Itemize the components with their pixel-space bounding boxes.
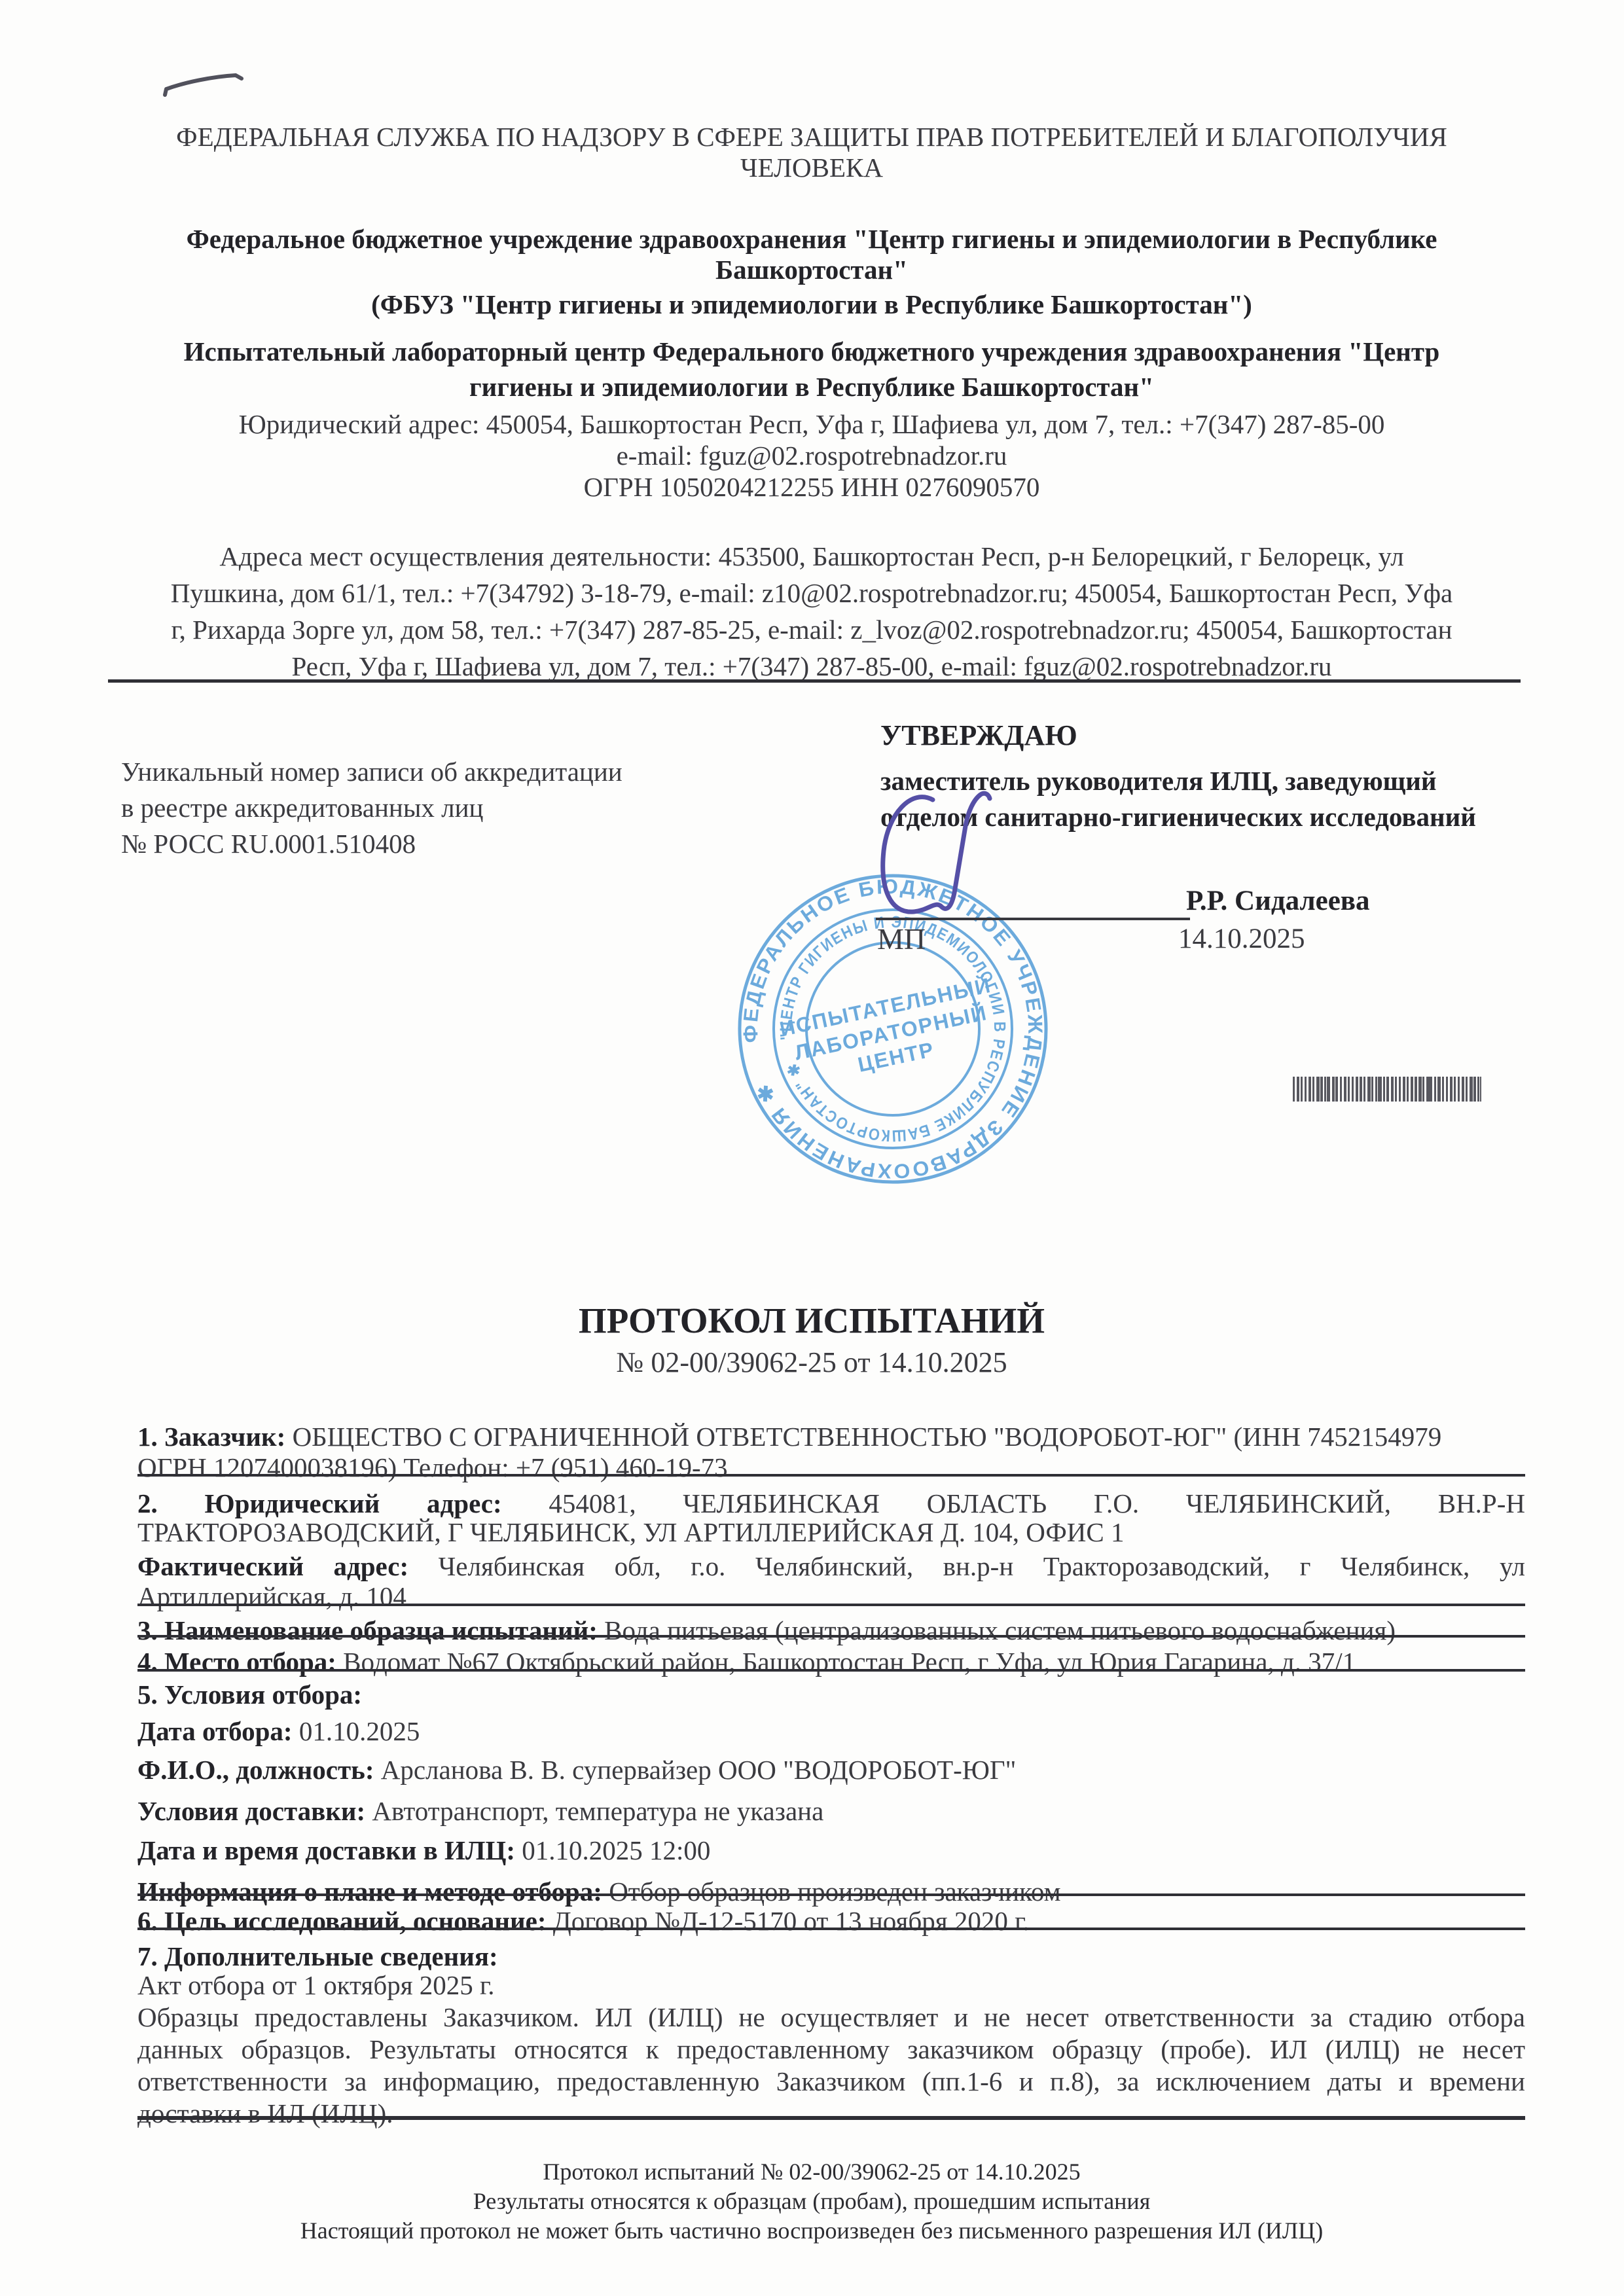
sampling-date-value: 01.10.2025 [293,1716,420,1746]
research-purpose-label: 6. Цель исследований, основание: [137,1906,546,1936]
footer-copyright-note: Настоящий протокол не может быть частичн… [111,2216,1512,2246]
contact-block: Юридический адрес: 450054, Башкортостан … [111,408,1512,503]
sampling-conditions-header: 5. Условия отбора: [137,1679,1525,1710]
actual-address-row: Фактический адрес: Челябинская обл, г.о.… [137,1551,1525,1582]
activity-addresses: Адреса мест осуществления деятельности: … [111,538,1512,685]
delivery-conditions-label: Условия доставки: [137,1796,365,1826]
sampling-date-row: Дата отбора: 01.10.2025 [137,1716,1525,1747]
protocol-number: № 02-00/39062-25 от 14.10.2025 [111,1346,1512,1379]
sampler-name-value: Арсланова В. В. супервайзер ООО "ВОДОРОБ… [374,1755,1016,1785]
customer-value: ОБЩЕСТВО С ОГРАНИЧЕННОЙ ОТВЕТСТВЕННОСТЬЮ… [285,1422,1441,1452]
legal-address-row: 2. Юридический адрес: 454081, ЧЕЛЯБИНСКА… [137,1488,1525,1519]
delivery-conditions-value: Автотранспорт, температура не указана [365,1796,823,1826]
section-divider [137,1893,1525,1896]
section-divider [137,1604,1525,1606]
bottom-divider [137,2116,1525,2120]
sampling-date-label: Дата отбора: [137,1716,293,1746]
actual-address-label: Фактический адрес: [137,1551,408,1581]
sampling-place-row: 4. Место отбора: Водомат №67 Октябрьский… [137,1647,1525,1677]
accreditation-number: № РОСС RU.0001.510408 [121,826,645,862]
email: e-mail: fguz@02.rospotrebnadzor.ru [111,440,1512,471]
legal-address-label: 2. Юридический адрес: [137,1488,502,1518]
disclaimer-line: Образцы предоставлены Заказчиком. ИЛ (ИЛ… [137,2001,1525,2034]
sampling-method-value: Отбор образцов произведен заказчиком [602,1876,1061,1907]
signature [871,785,1038,926]
sampler-name-label: Ф.И.О., должность: [137,1755,374,1785]
service-name-line: ЧЕЛОВЕКА [111,152,1512,183]
section-divider [137,1669,1525,1672]
signature-line [876,918,1190,920]
service-name-line: ФЕДЕРАЛЬНАЯ СЛУЖБА ПО НАДЗОРУ В СФЕРЕ ЗА… [111,122,1512,152]
disclaimer-line: доставки в ИЛ (ИЛЦ). [137,2098,1525,2130]
additional-info-header: 7. Дополнительные сведения: [137,1941,1525,1972]
customer-row: 1. Заказчик: ОБЩЕСТВО С ОГРАНИЧЕННОЙ ОТВ… [137,1422,1525,1452]
page-footer: Протокол испытаний № 02-00/39062-25 от 1… [111,2157,1512,2246]
scan-pen-mark [161,68,247,98]
lab-center-line: Испытательный лабораторный центр Федерал… [111,334,1512,369]
delivery-datetime-value: 01.10.2025 12:00 [515,1835,710,1865]
customer-row: ОГРН 1207400038196) Телефон: +7 (951) 46… [137,1452,1525,1483]
sample-name-value: Вода питьевая (централизованных систем п… [598,1615,1396,1645]
sampling-place-value: Водомат №67 Октябрьский район, Башкортос… [336,1647,1356,1677]
sampler-name-row: Ф.И.О., должность: Арсланова В. В. супер… [137,1755,1525,1785]
footer-note: Результаты относятся к образцам (пробам)… [111,2187,1512,2216]
lab-center-line: гигиены и эпидемиологии в Республике Баш… [111,369,1512,404]
delivery-conditions-row: Условия доставки: Автотранспорт, темпера… [137,1796,1525,1827]
organization-name: Федеральное бюджетное учреждение здравоо… [111,224,1512,320]
accreditation-block: Уникальный номер записи об аккредитации … [121,754,645,862]
research-purpose-row: 6. Цель исследований, основание: Договор… [137,1906,1525,1937]
customer-label: 1. Заказчик: [137,1422,285,1452]
section-divider [137,1635,1525,1638]
disclaimer-paragraph: Образцы предоставлены Заказчиком. ИЛ (ИЛ… [137,2001,1525,2130]
approver-name: Р.Р. Сидалеева [1186,885,1370,917]
delivery-datetime-label: Дата и время доставки в ИЛЦ: [137,1835,515,1865]
activity-address-line: Пушкина, дом 61/1, тел.: +7(34792) 3-18-… [111,575,1512,611]
delivery-datetime-row: Дата и время доставки в ИЛЦ: 01.10.2025 … [137,1835,1525,1866]
protocol-document-page: ФЕДЕРАЛЬНАЯ СЛУЖБА ПО НАДЗОРУ В СФЕРЕ ЗА… [0,0,1624,2296]
approval-title: УТВЕРЖДАЮ [880,719,1077,752]
footer-protocol-number: Протокол испытаний № 02-00/39062-25 от 1… [111,2157,1512,2187]
barcode [1293,1077,1481,1102]
lab-center-name: Испытательный лабораторный центр Федерал… [111,334,1512,404]
activity-address-line: Адреса мест осуществления деятельности: … [111,538,1512,575]
actual-address-value: Челябинская обл, г.о. Челябинский, вн.р-… [408,1551,1525,1581]
protocol-sections: 1. Заказчик: ОБЩЕСТВО С ОГРАНИЧЕННОЙ ОТВ… [137,1415,1525,2155]
section-divider [137,1928,1525,1930]
ogrn-inn: ОГРН 1050204212255 ИНН 0276090570 [111,471,1512,503]
protocol-title: ПРОТОКОЛ ИСПЫТАНИЙ [111,1300,1512,1341]
activity-address-line: г, Рихарда Зорге ул, дом 58, тел.: +7(34… [111,611,1512,648]
disclaimer-line: ответственности за информацию, предостав… [137,2066,1525,2098]
sample-name-row: 3. Наименование образца испытаний: Вода … [137,1615,1525,1646]
mp-seal-label: МП [877,922,926,956]
header-divider [108,679,1521,683]
section-divider [137,1474,1525,1477]
accreditation-line: Уникальный номер записи об аккредитации [121,754,645,790]
org-abbreviation: (ФБУЗ "Центр гигиены и эпидемиологии в Р… [111,289,1512,320]
sampling-place-label: 4. Место отбора: [137,1647,336,1677]
sampling-method-row: Информация о плане и методе отбора: Отбо… [137,1876,1525,1907]
federal-service-header: ФЕДЕРАЛЬНАЯ СЛУЖБА ПО НАДЗОРУ В СФЕРЕ ЗА… [111,122,1512,183]
sampling-method-label: Информация о плане и методе отбора: [137,1876,602,1907]
legal-address-row: ТРАКТОРОЗАВОДСКИЙ, Г ЧЕЛЯБИНСК, УЛ АРТИЛ… [137,1517,1525,1548]
research-purpose-value: Договор №Д-12-5170 от 13 ноября 2020 г. [546,1906,1029,1936]
actual-address-row: Артиллерийская, д. 104 [137,1581,1525,1612]
org-name-line: Башкортостан" [111,255,1512,285]
sampling-act-row: Акт отбора от 1 октября 2025 г. [137,1970,1525,2001]
accreditation-line: в реестре аккредитованных лиц [121,790,645,826]
legal-address: Юридический адрес: 450054, Башкортостан … [111,408,1512,440]
legal-address-value: 454081, ЧЕЛЯБИНСКАЯ ОБЛАСТЬ Г.О. ЧЕЛЯБИН… [502,1488,1525,1518]
approval-date: 14.10.2025 [1178,923,1305,955]
disclaimer-line: данных образцов. Результаты относятся к … [137,2034,1525,2066]
sample-name-label: 3. Наименование образца испытаний: [137,1615,598,1645]
org-name-line: Федеральное бюджетное учреждение здравоо… [111,224,1512,255]
